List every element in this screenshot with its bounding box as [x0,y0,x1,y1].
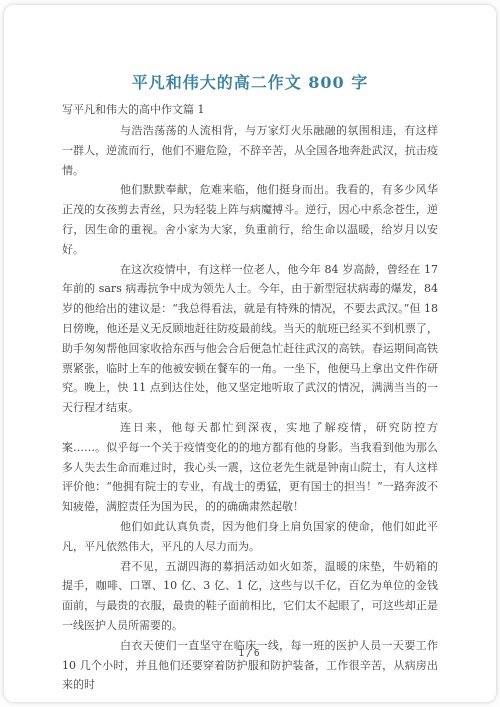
body-paragraph: 他们如此认真负责，因为他们身上肩负国家的使命，他们如此平凡，平凡依然伟大，平凡的… [62,517,438,557]
body-paragraph: 在这次疫情中，有这样一位老人，他今年 84 岁高龄，曾经在 17 年前的 sar… [62,260,438,418]
document-page: 平凡和伟大的高二作文 800 字 写平凡和伟大的高中作文篇 1 与浩浩荡荡的人流… [4,5,496,702]
body-paragraph: 他们默默奉献，危难来临，他们挺身而出。我看的，有多少风华正茂的女孩剪去青丝，只为… [62,180,438,259]
document-viewer: 平凡和伟大的高二作文 800 字 写平凡和伟大的高中作文篇 1 与浩浩荡荡的人流… [0,0,500,707]
body-paragraph: 连日来，他每天都忙到深夜，实地了解疫情，研究防控方案……。似乎每一个关于疫情变化… [62,418,438,517]
body-paragraph: 君不见，五湖四海的募捐活动如火如荼，温暖的床垫，牛奶箱的提手，咖啡、口罩、10 … [62,557,438,636]
doc-subtitle: 写平凡和伟大的高中作文篇 1 [62,102,438,117]
body-paragraph: 与浩浩荡荡的人流相背，与万家灯火乐融融的氛围相违，有这样一群人，逆流而行，他们不… [62,121,438,180]
doc-body: 与浩浩荡荡的人流相背，与万家灯火乐融融的氛围相违，有这样一群人，逆流而行，他们不… [62,121,438,695]
body-paragraph: 白衣天使们一直坚守在临床一线，每一班的医护人员一天要工作 10 几个小时，并且他… [62,636,438,695]
page-number: 1/6 [4,648,496,659]
page-title: 平凡和伟大的高二作文 800 字 [4,5,496,93]
